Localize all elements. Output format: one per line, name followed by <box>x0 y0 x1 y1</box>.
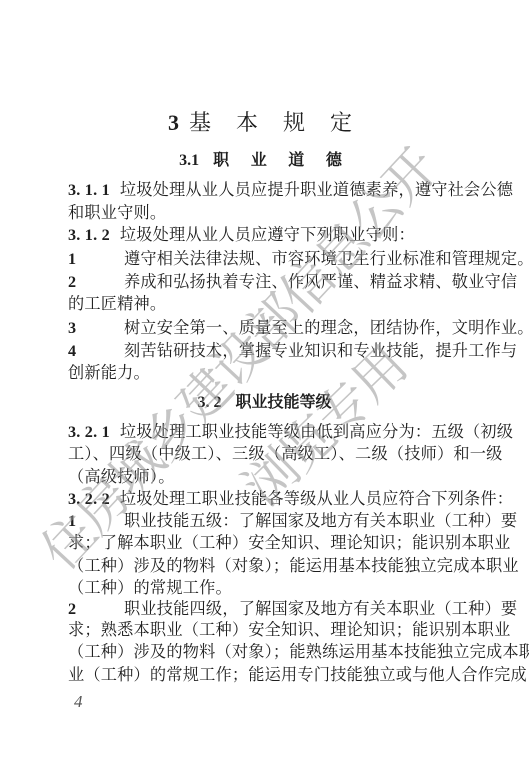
clause-number: 3. 1. 2 <box>68 226 110 244</box>
item-number: 2 <box>68 598 112 620</box>
item-number: 1 <box>68 510 112 532</box>
item-text: 养成和弘扬执着专注、作风严谨、精益求精、敬业守信 <box>124 272 517 291</box>
list-item-3: 3树立安全第一、质量至上的理念，团结协作，文明作业。 <box>68 317 460 339</box>
section-number: 3. 2 <box>197 394 221 411</box>
item-text: 职业技能五级：了解国家及地方有关本职业（工种）要 <box>124 511 517 530</box>
section-title-3-2: 3. 2职业技能等级 <box>0 391 529 414</box>
item-text: 刻苦钻研技术，掌握专业知识和专业技能，提升工作与 <box>124 341 517 360</box>
item-text-line: 求；了解本职业（工种）安全知识、理论知识；能识别本职业 <box>68 532 460 554</box>
item-text-line: 求；熟悉本职业（工种）安全知识、理论知识；能识别本职业 <box>68 619 460 641</box>
item-text: 遵守相关法律法规、市容环境卫生行业标准和管理规定。 <box>124 249 529 268</box>
clause-3-2-1: 3. 2. 1垃圾处理工职业技能等级由低到高应分为：五级（初级 <box>68 421 460 443</box>
clause-3-2-2: 3. 2. 2垃圾处理工职业技能各等级从业人员应符合下列条件： <box>68 488 460 510</box>
section-title-text: 职 业 道 德 <box>213 150 350 169</box>
item-text: 职业技能四级，了解国家及地方有关本职业（工种）要 <box>124 599 517 618</box>
clause-number: 3. 1. 1 <box>68 181 110 199</box>
clause-text: 垃圾处理从业人员应提升职业道德素养，遵守社会公德 <box>120 180 513 199</box>
item-text-line: （工种）的常规工作。 <box>68 577 460 599</box>
item-text-line: 创新能力。 <box>68 362 460 384</box>
list-item-2: 2养成和弘扬执着专注、作风严谨、精益求精、敬业守信 <box>68 271 460 293</box>
chapter-title-text: 基 本 规 定 <box>189 111 361 136</box>
list-item-2: 2职业技能四级，了解国家及地方有关本职业（工种）要 <box>68 598 460 620</box>
clause-text: 垃圾处理从业人员应遵守下列职业守则： <box>120 225 415 244</box>
item-number: 3 <box>68 317 112 339</box>
clause-text: 垃圾处理工职业技能等级由低到高应分为：五级（初级 <box>120 422 513 441</box>
clause-text-line: （高级技师）。 <box>68 466 460 488</box>
item-text-line: （工种）涉及的物料（对象）；能熟练运用基本技能独立完成本职 <box>68 641 460 663</box>
section-title-3-1: 3.1职 业 道 德 <box>0 149 529 172</box>
item-text: 树立安全第一、质量至上的理念，团结协作，文明作业。 <box>124 318 529 337</box>
clause-text-line: 工）、四级（中级工）、三级（高级工）、二级（技师）和一级 <box>68 443 460 465</box>
item-number: 2 <box>68 271 112 293</box>
page-number: 4 <box>74 692 83 712</box>
item-number: 1 <box>68 248 112 270</box>
item-text-line: 的工匠精神。 <box>68 293 460 315</box>
list-item-4: 4刻苦钻研技术，掌握专业知识和专业技能，提升工作与 <box>68 340 460 362</box>
item-text-line: （工种）涉及的物料（对象）；能运用基本技能独立完成本职业 <box>68 555 460 577</box>
list-item-1: 1职业技能五级：了解国家及地方有关本职业（工种）要 <box>68 510 460 532</box>
document-page: 3基 本 规 定 3.1职 业 道 德 3. 1. 1垃圾处理从业人员应提升职业… <box>0 0 529 767</box>
chapter-title: 3基 本 规 定 <box>0 108 529 139</box>
item-text-line: 业（工种）的常规工作；能运用专门技能独立或与他人合作完成 <box>68 664 460 686</box>
clause-text: 垃圾处理工职业技能各等级从业人员应符合下列条件： <box>120 489 513 508</box>
list-item-1: 1遵守相关法律法规、市容环境卫生行业标准和管理规定。 <box>68 248 460 270</box>
item-number: 4 <box>68 340 112 362</box>
chapter-number: 3 <box>168 110 179 135</box>
section-number: 3.1 <box>179 152 199 169</box>
clause-number: 3. 2. 2 <box>68 490 110 508</box>
clause-text-line: 和职业守则。 <box>68 202 460 224</box>
clause-3-1-1: 3. 1. 1垃圾处理从业人员应提升职业道德素养，遵守社会公德 <box>68 179 460 201</box>
clause-3-1-2: 3. 1. 2垃圾处理从业人员应遵守下列职业守则： <box>68 224 460 246</box>
clause-number: 3. 2. 1 <box>68 423 110 441</box>
section-title-text: 职业技能等级 <box>235 392 331 411</box>
